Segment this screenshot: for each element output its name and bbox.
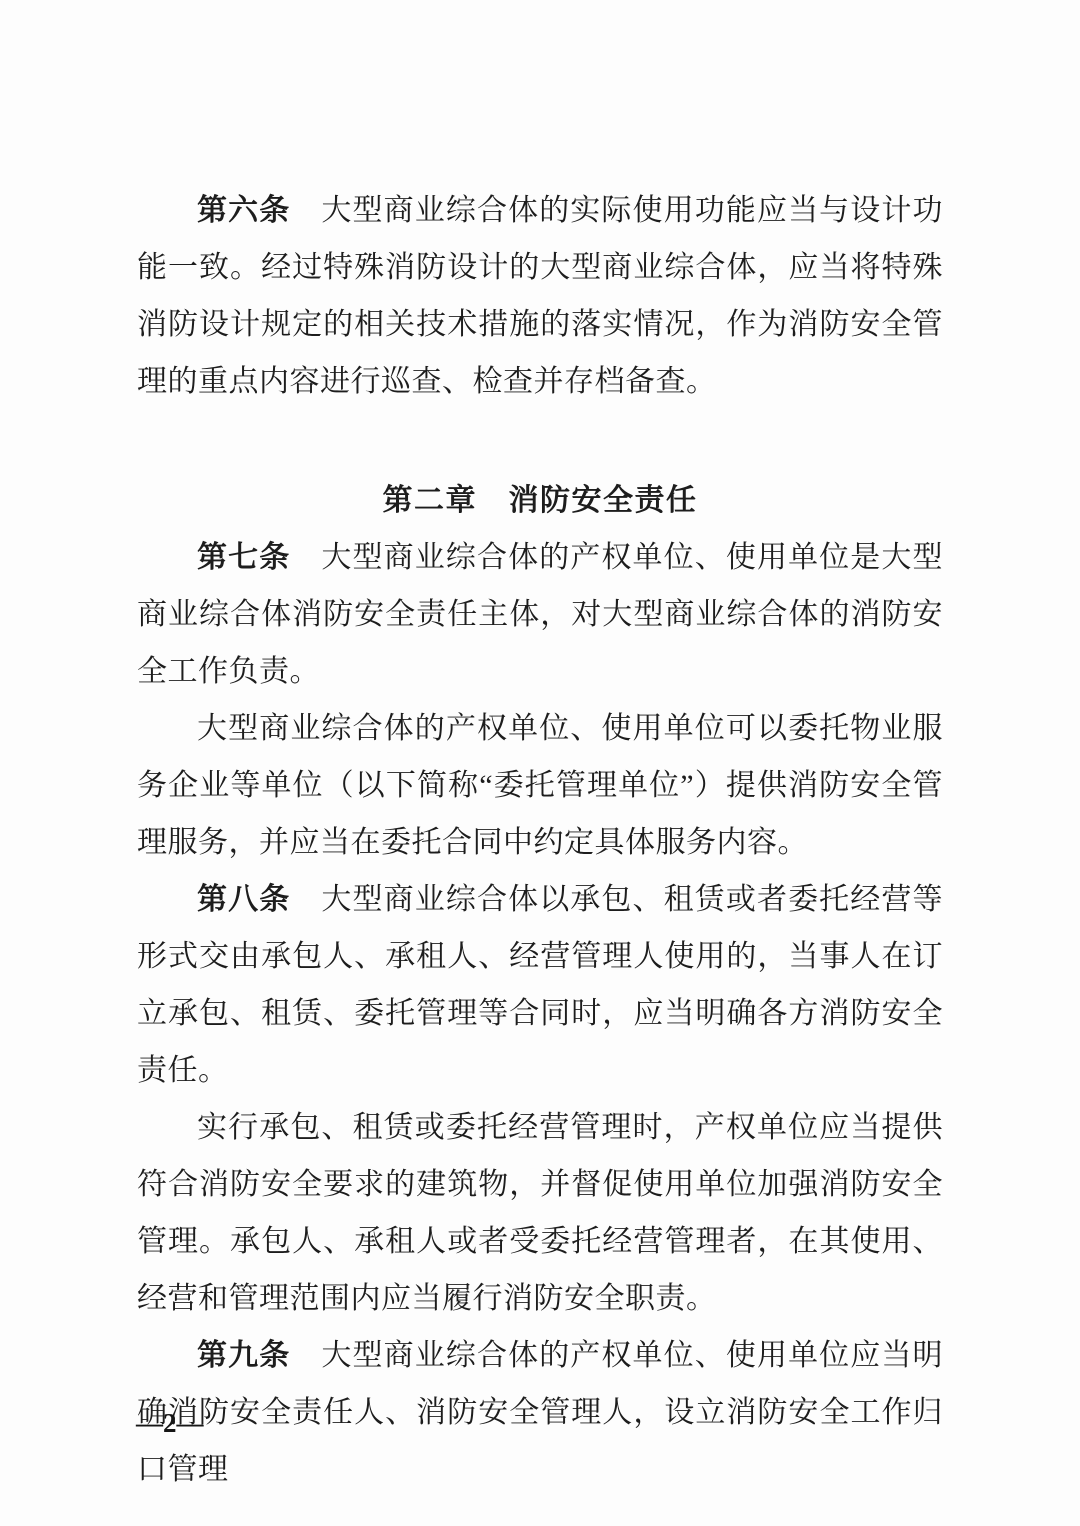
article-number: 第八条	[197, 883, 290, 916]
article-paragraph: 第七条 大型商业综合体的产权单位、使用单位是大型商业综合体消防安全责任主体，对大…	[137, 529, 943, 700]
page-number: —2—	[136, 1406, 204, 1440]
chapter-heading: 第二章 消防安全责任	[137, 472, 943, 529]
article-paragraph: 第六条 大型商业综合体的实际使用功能应当与设计功能一致。经过特殊消防设计的大型商…	[137, 182, 943, 410]
body-paragraph: 实行承包、租赁或委托经营管理时，产权单位应当提供符合消防安全要求的建筑物，并督促…	[137, 1099, 943, 1327]
article-number: 第七条	[197, 541, 290, 574]
article-number: 第九条	[197, 1339, 290, 1372]
article-paragraph: 第九条 大型商业综合体的产权单位、使用单位应当明确消防安全责任人、消防安全管理人…	[137, 1327, 943, 1498]
body-paragraph: 大型商业综合体的产权单位、使用单位可以委托物业服务企业等单位（以下简称“委托管理…	[137, 700, 943, 871]
document-body: 第六条 大型商业综合体的实际使用功能应当与设计功能一致。经过特殊消防设计的大型商…	[137, 182, 943, 1498]
article-number: 第六条	[197, 194, 290, 227]
article-paragraph: 第八条 大型商业综合体以承包、租赁或者委托经营等形式交由承包人、承租人、经营管理…	[137, 871, 943, 1099]
document-page: { "page": { "number_label": "—2—" }, "do…	[0, 0, 1080, 1526]
